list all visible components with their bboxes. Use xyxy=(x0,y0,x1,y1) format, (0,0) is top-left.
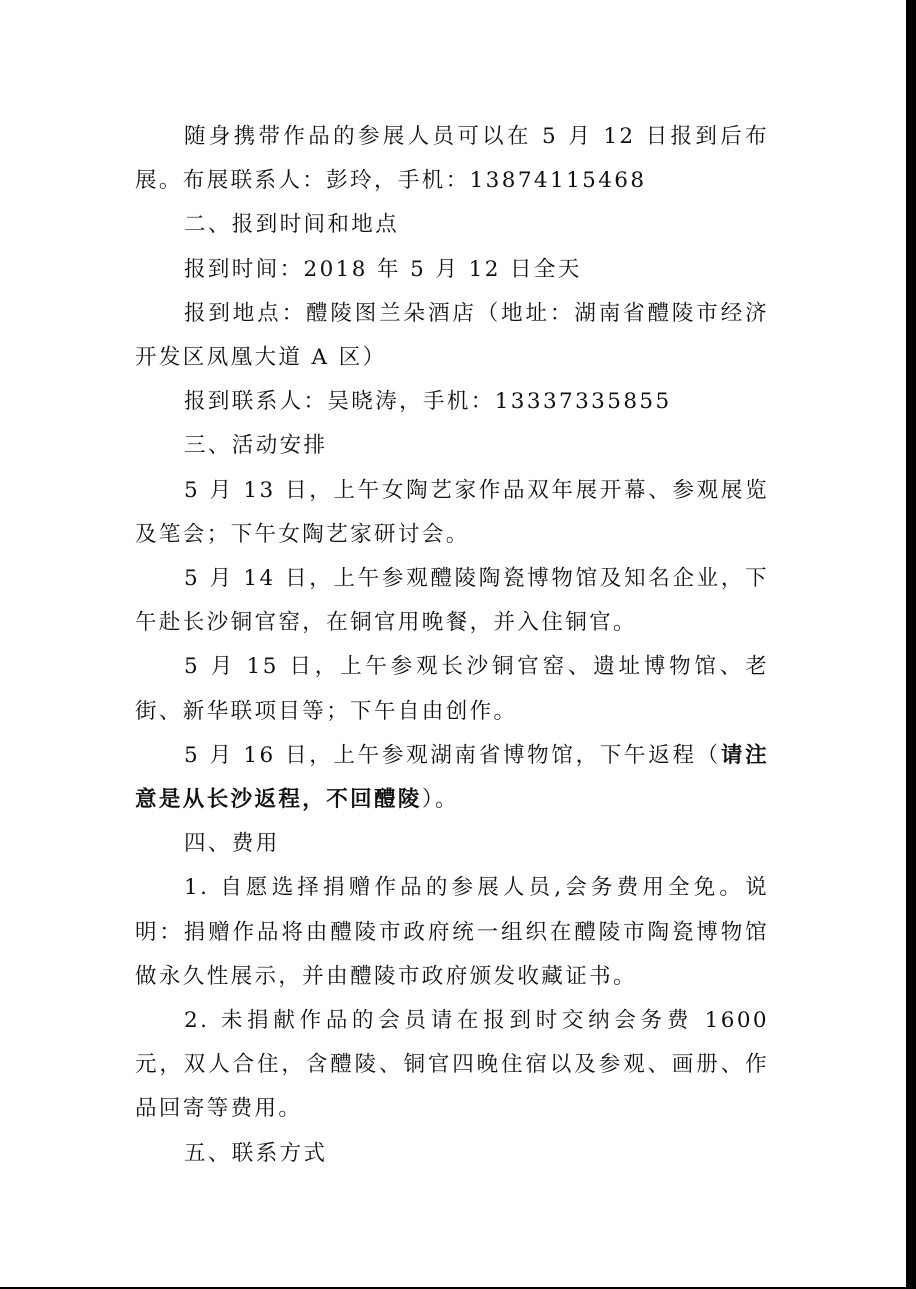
paragraph-fee-payment: 2. 未捐献作品的会员请在报到时交纳会务费 1600 元，双人合住，含醴陵、铜官… xyxy=(135,999,769,1132)
document-body: 随身携带作品的参展人员可以在 5 月 12 日报到后布展。布展联系人：彭玲，手机… xyxy=(135,115,769,1176)
paragraph-schedule-may13: 5 月 13 日，上午女陶艺家作品双年展开幕、参观展览及笔会；下午女陶艺家研讨会… xyxy=(135,469,769,557)
paragraph-registration-location: 报到地点：醴陵图兰朵酒店（地址：湖南省醴陵市经济开发区凤凰大道 A 区） xyxy=(135,292,769,380)
section-heading-schedule: 三、活动安排 xyxy=(135,424,769,468)
schedule-may16-text: 5 月 16 日，上午参观湖南省博物馆，下午返程（ xyxy=(184,743,721,768)
section-heading-fees: 四、费用 xyxy=(135,822,769,866)
schedule-may16-end: ）。 xyxy=(422,787,459,812)
paragraph-setup-contact: 随身携带作品的参展人员可以在 5 月 12 日报到后布展。布展联系人：彭玲，手机… xyxy=(135,115,769,203)
paragraph-registration-contact: 报到联系人：吴晓涛，手机：13337335855 xyxy=(135,380,769,424)
paragraph-schedule-may16: 5 月 16 日，上午参观湖南省博物馆，下午返程（请注意是从长沙返程，不回醴陵）… xyxy=(135,734,769,822)
paragraph-fee-donation: 1. 自愿选择捐赠作品的参展人员,会务费用全免。说明：捐赠作品将由醴陵市政府统一… xyxy=(135,866,769,999)
paragraph-schedule-may14: 5 月 14 日，上午参观醴陵陶瓷博物馆及知名企业，下午赴长沙铜官窑，在铜官用晚… xyxy=(135,557,769,645)
document-page: 随身携带作品的参展人员可以在 5 月 12 日报到后布展。布展联系人：彭玲，手机… xyxy=(0,0,906,1287)
section-heading-registration: 二、报到时间和地点 xyxy=(135,203,769,247)
paragraph-registration-time: 报到时间：2018 年 5 月 12 日全天 xyxy=(135,248,769,292)
page-right-border xyxy=(906,0,916,1289)
section-heading-contact: 五、联系方式 xyxy=(135,1132,769,1176)
paragraph-schedule-may15: 5 月 15 日，上午参观长沙铜官窑、遗址博物馆、老街、新华联项目等；下午自由创… xyxy=(135,645,769,733)
